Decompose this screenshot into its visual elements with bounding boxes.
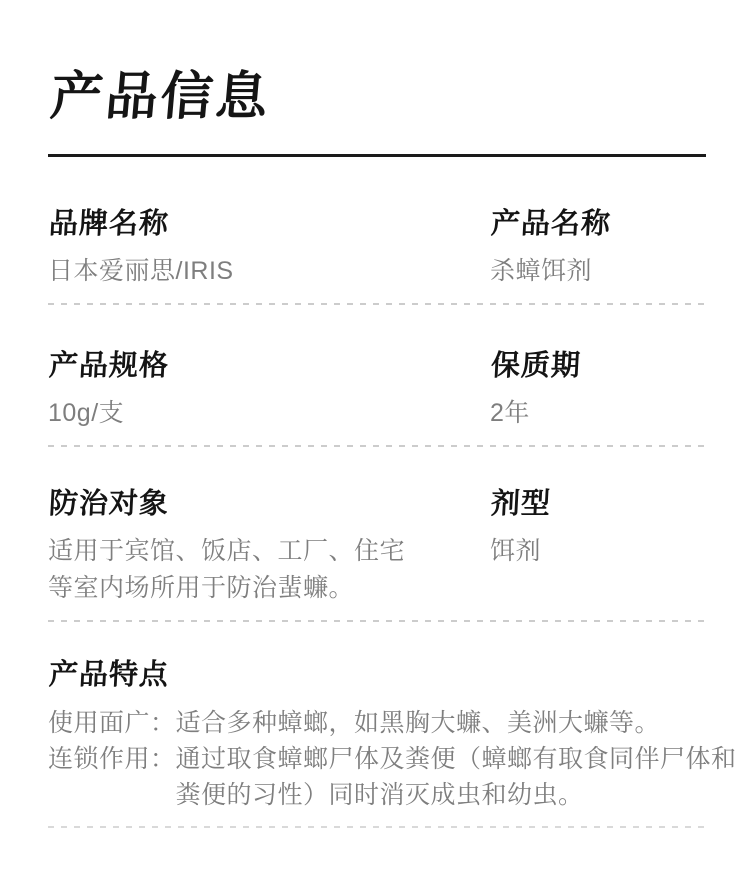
spec-row-brand-product: 品牌名称 日本爱丽思/IRIS 产品名称 杀蟑饵剂 (48, 207, 706, 290)
field-value-control-target: 适用于宾馆、饭店、工厂、住宅 等室内场所用于防治蜚蠊。 (48, 533, 490, 607)
feature-desc-chain-effect: 通过取食蟑螂尸体及粪便（蟑螂有取食同伴尸体和 粪便的习性）同时消灭成虫和幼虫。 (176, 741, 737, 813)
section-product-features: 产品特点 使用面广： 适合多种蟑螂，如黑胸大蠊、美洲大蠊等。 连锁作用： 通过取… (48, 658, 706, 813)
dashed-divider (48, 303, 706, 305)
field-label-shelf-life: 保质期 (490, 349, 708, 384)
product-info-panel: 产品信息 品牌名称 日本爱丽思/IRIS 产品名称 杀蟑饵剂 产品规格 10g/… (0, 0, 750, 892)
feature-item-wide-use: 使用面广： 适合多种蟑螂，如黑胸大蠊、美洲大蠊等。 (48, 705, 706, 741)
page-title: 产品信息 (48, 66, 711, 128)
field-label-control-target: 防治对象 (48, 487, 492, 522)
field-shelf-life: 保质期 2年 (490, 349, 706, 432)
dashed-divider-bottom (48, 826, 706, 828)
field-label-product-name: 产品名称 (490, 207, 708, 242)
field-label-brand-name: 品牌名称 (48, 207, 492, 242)
field-value-specification: 10g/支 (48, 395, 490, 432)
features-body: 使用面广： 适合多种蟑螂，如黑胸大蠊、美洲大蠊等。 连锁作用： 通过取食蟑螂尸体… (48, 705, 706, 813)
field-value-brand-name: 日本爱丽思/IRIS (48, 253, 490, 290)
field-product-name: 产品名称 杀蟑饵剂 (490, 207, 706, 290)
feature-name-wide-use: 使用面广： (48, 705, 176, 741)
feature-item-chain-effect: 连锁作用： 通过取食蟑螂尸体及粪便（蟑螂有取食同伴尸体和 粪便的习性）同时消灭成… (48, 741, 706, 813)
field-value-dosage-form: 饵剂 (490, 533, 706, 570)
feature-name-chain-effect: 连锁作用： (48, 741, 176, 777)
field-brand-name: 品牌名称 日本爱丽思/IRIS (48, 207, 490, 290)
feature-desc-wide-use: 适合多种蟑螂，如黑胸大蠊、美洲大蠊等。 (176, 705, 661, 741)
spec-row-spec-shelflife: 产品规格 10g/支 保质期 2年 (48, 349, 706, 432)
field-value-shelf-life: 2年 (490, 395, 706, 432)
field-label-product-features: 产品特点 (48, 658, 708, 693)
field-label-specification: 产品规格 (48, 349, 492, 384)
dashed-divider (48, 620, 706, 622)
field-value-product-name: 杀蟑饵剂 (490, 253, 706, 290)
dashed-divider (48, 445, 706, 447)
field-label-dosage-form: 剂型 (490, 487, 708, 522)
field-dosage-form: 剂型 饵剂 (490, 487, 706, 607)
title-underline (48, 154, 706, 157)
spec-row-target-form: 防治对象 适用于宾馆、饭店、工厂、住宅 等室内场所用于防治蜚蠊。 剂型 饵剂 (48, 487, 706, 607)
field-specification: 产品规格 10g/支 (48, 349, 490, 432)
field-control-target: 防治对象 适用于宾馆、饭店、工厂、住宅 等室内场所用于防治蜚蠊。 (48, 487, 490, 607)
